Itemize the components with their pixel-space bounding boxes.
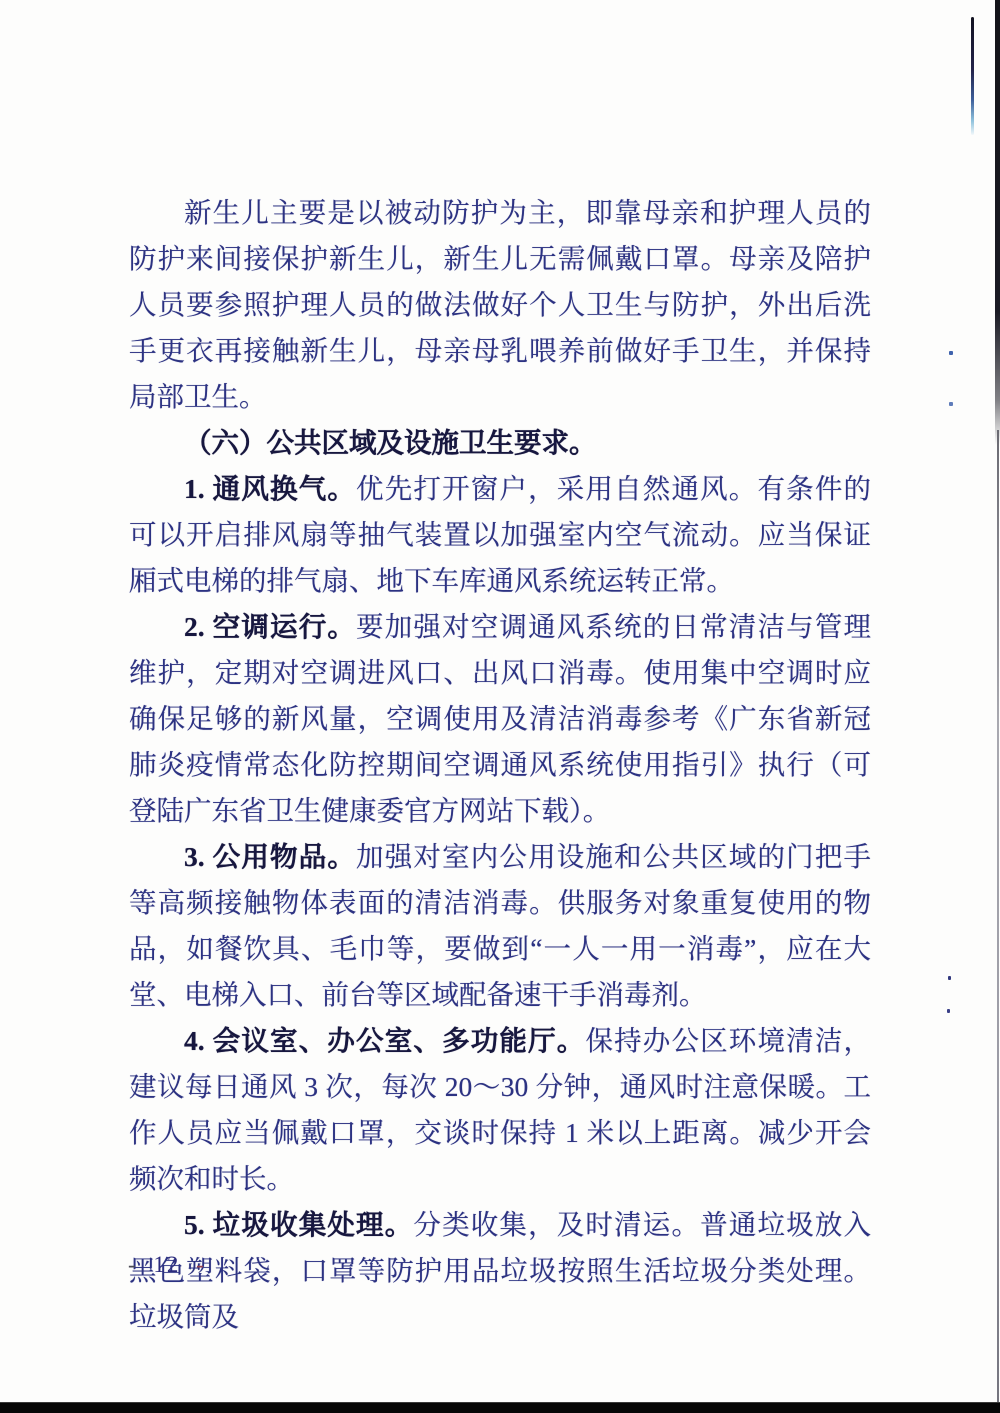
numbered-item-paragraph: 3. 公用物品。加强对室内公用设施和公共区域的门把手等高频接触物体表面的清洁消毒…	[129, 834, 871, 1018]
scan-edge-strip	[995, 0, 1000, 445]
scan-scratch-line	[971, 17, 974, 135]
section-heading: （六）公共区域及设施卫生要求。	[129, 420, 871, 466]
numbered-item-paragraph: 5. 垃圾收集处理。分类收集，及时清运。普通垃圾放入黑色塑料袋，口罩等防护用品垃…	[129, 1202, 871, 1340]
paragraph-lead-bold: 1. 通风换气。	[184, 473, 356, 504]
scan-speck	[949, 351, 953, 355]
paragraph-text: 新生儿主要是以被动防护为主，即靠母亲和护理人员的防护来间接保护新生儿，新生儿无需…	[129, 197, 871, 412]
scan-speck	[948, 976, 951, 980]
scan-bottom-bar	[0, 1402, 1000, 1413]
page-number-value: 12	[145, 1252, 188, 1277]
numbered-item-paragraph: 1. 通风换气。优先打开窗户，采用自然通风。有条件的可以开启排风扇等抽气装置以加…	[129, 466, 871, 604]
paragraph-lead-bold: 3. 公用物品。	[184, 841, 356, 872]
paragraph-lead-bold: （六）公共区域及设施卫生要求。	[184, 427, 597, 458]
scan-speck	[947, 1009, 950, 1013]
page-number-right-dash: -	[196, 1252, 206, 1277]
scan-speck	[949, 402, 953, 406]
paragraph-lead-bold: 2. 空调运行。	[184, 611, 356, 642]
body-paragraph: 新生儿主要是以被动防护为主，即靠母亲和护理人员的防护来间接保护新生儿，新生儿无需…	[129, 190, 871, 420]
paragraph-lead-bold: 5. 垃圾收集处理。	[184, 1209, 413, 1240]
scan-edge-line	[997, 430, 999, 1403]
paragraph-lead-bold: 4. 会议室、办公室、多功能厅。	[184, 1025, 585, 1056]
scanned-document-page: 新生儿主要是以被动防护为主，即靠母亲和护理人员的防护来间接保护新生儿，新生儿无需…	[0, 0, 1000, 1413]
page-number: - 12 -	[128, 1252, 206, 1278]
numbered-item-paragraph: 4. 会议室、办公室、多功能厅。保持办公区环境清洁，建议每日通风 3 次，每次 …	[129, 1018, 871, 1202]
numbered-item-paragraph: 2. 空调运行。要加强对空调通风系统的日常清洁与管理维护，定期对空调进风口、出风…	[129, 604, 871, 834]
document-text-block: 新生儿主要是以被动防护为主，即靠母亲和护理人员的防护来间接保护新生儿，新生儿无需…	[129, 190, 871, 1340]
page-number-left-dash: -	[128, 1252, 138, 1277]
paragraph-text: 要加强对空调通风系统的日常清洁与管理维护，定期对空调进风口、出风口消毒。使用集中…	[129, 611, 871, 826]
